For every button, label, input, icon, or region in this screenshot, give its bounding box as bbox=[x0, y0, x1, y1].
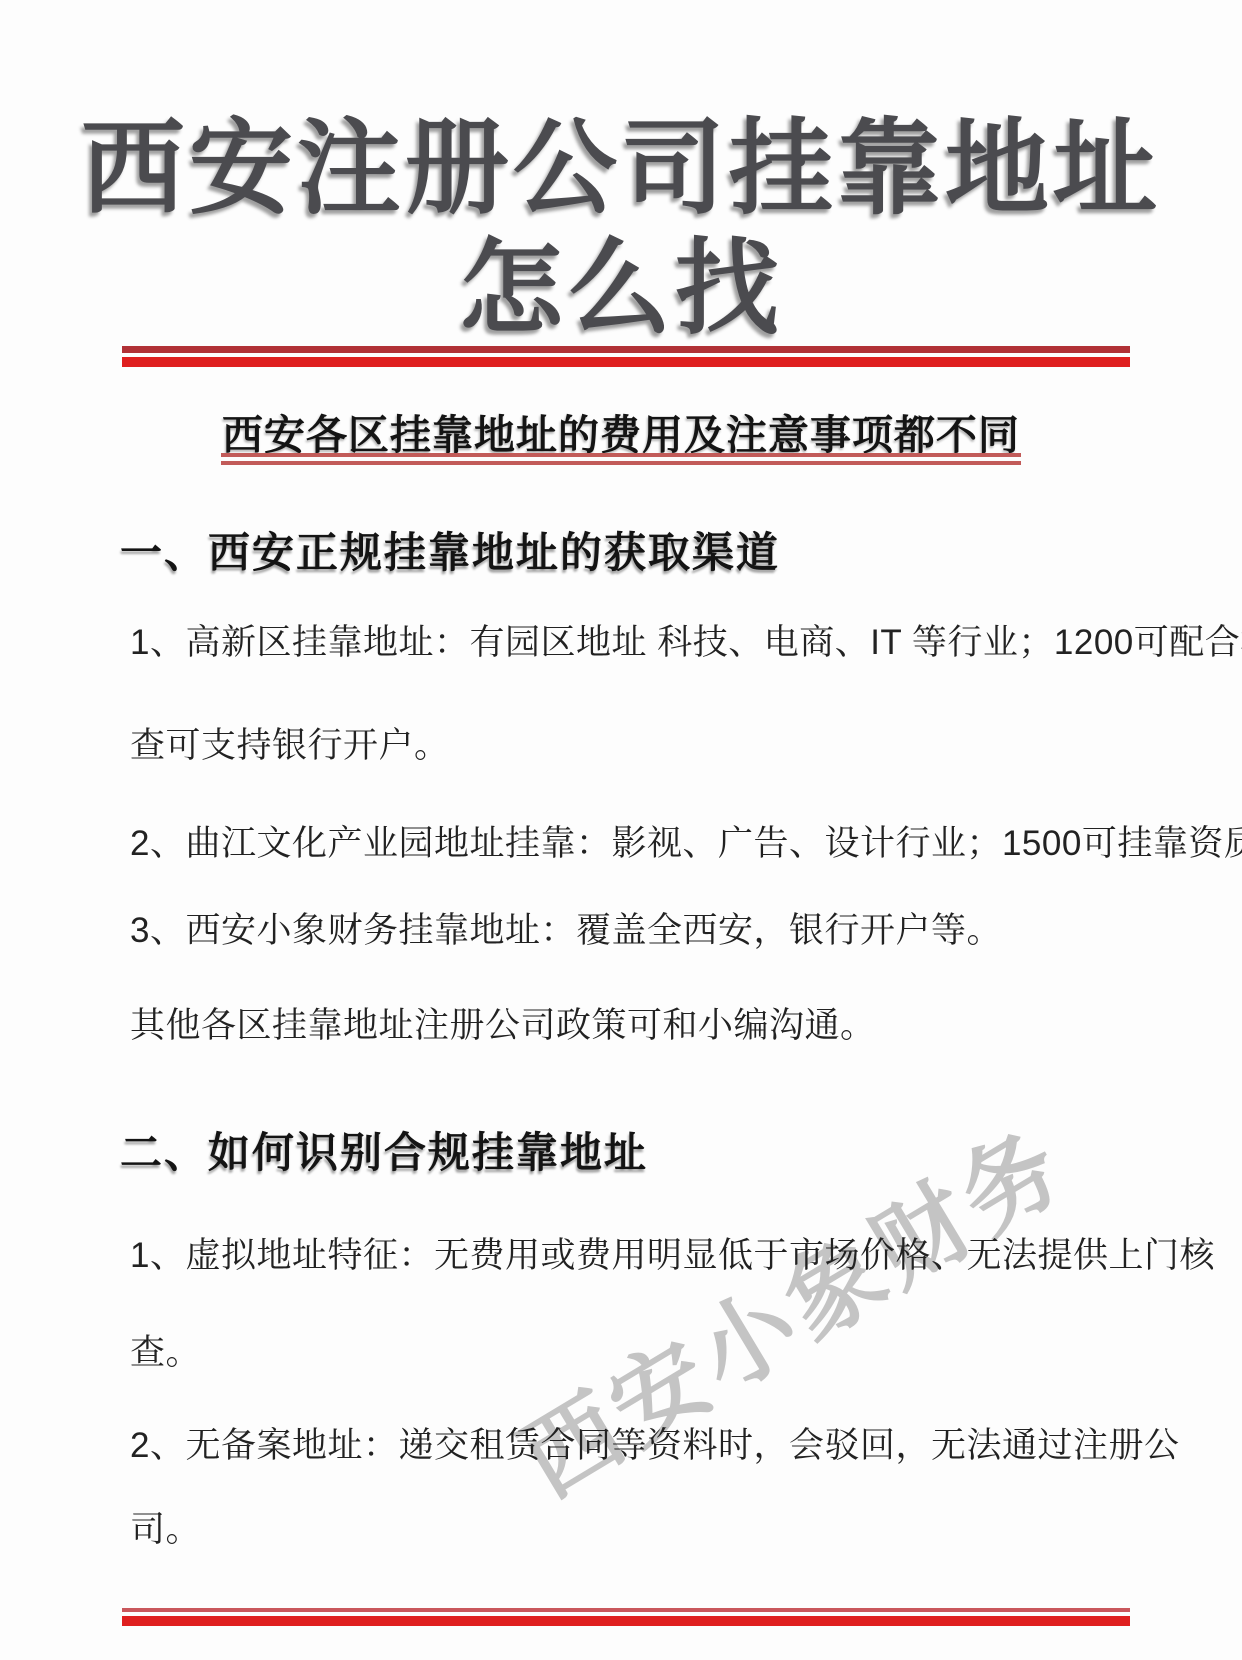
page-title-line-2: 怎么找 bbox=[0, 204, 1242, 354]
section-2-line-1: 1、虚拟地址特征：无费用或费用明显低于市场价格、无法提供上门核 bbox=[130, 1228, 1215, 1278]
section-1-line-2: 查可支持银行开户。 bbox=[130, 718, 450, 768]
poster-page: 西安小象财务 西安注册公司挂靠地址 怎么找 西安各区挂靠地址的费用及注意事项都不… bbox=[0, 0, 1242, 1660]
divider-thick-line bbox=[122, 1616, 1130, 1626]
section-2-line-2: 查。 bbox=[130, 1325, 201, 1375]
section-1-line-4: 3、西安小象财务挂靠地址：覆盖全西安，银行开户等。 bbox=[130, 903, 1002, 953]
subtitle-underline bbox=[221, 453, 1021, 465]
section-2-line-3: 2、无备案地址：递交租赁合同等资料时，会驳回，无法通过注册公 bbox=[130, 1418, 1179, 1468]
section-2-heading: 二、如何识别合规挂靠地址 bbox=[120, 1120, 648, 1180]
section-1-line-3: 2、曲江文化产业园地址挂靠：影视、广告、设计行业；1500可挂靠资质。 bbox=[130, 816, 1242, 866]
underline-line-2 bbox=[221, 461, 1021, 465]
section-1-note-line: 其他各区挂靠地址注册公司政策可和小编沟通。 bbox=[130, 998, 876, 1048]
top-red-divider bbox=[122, 346, 1130, 367]
section-1-line-1: 1、高新区挂靠地址：有园区地址 科技、电商、IT 等行业；1200可配合检 bbox=[130, 615, 1242, 665]
bottom-red-divider bbox=[122, 1608, 1130, 1626]
divider-thin-line bbox=[122, 346, 1130, 353]
section-2-line-4: 司。 bbox=[130, 1502, 201, 1552]
section-1-heading: 一、西安正规挂靠地址的获取渠道 bbox=[120, 520, 780, 580]
divider-thick-line bbox=[122, 357, 1130, 367]
